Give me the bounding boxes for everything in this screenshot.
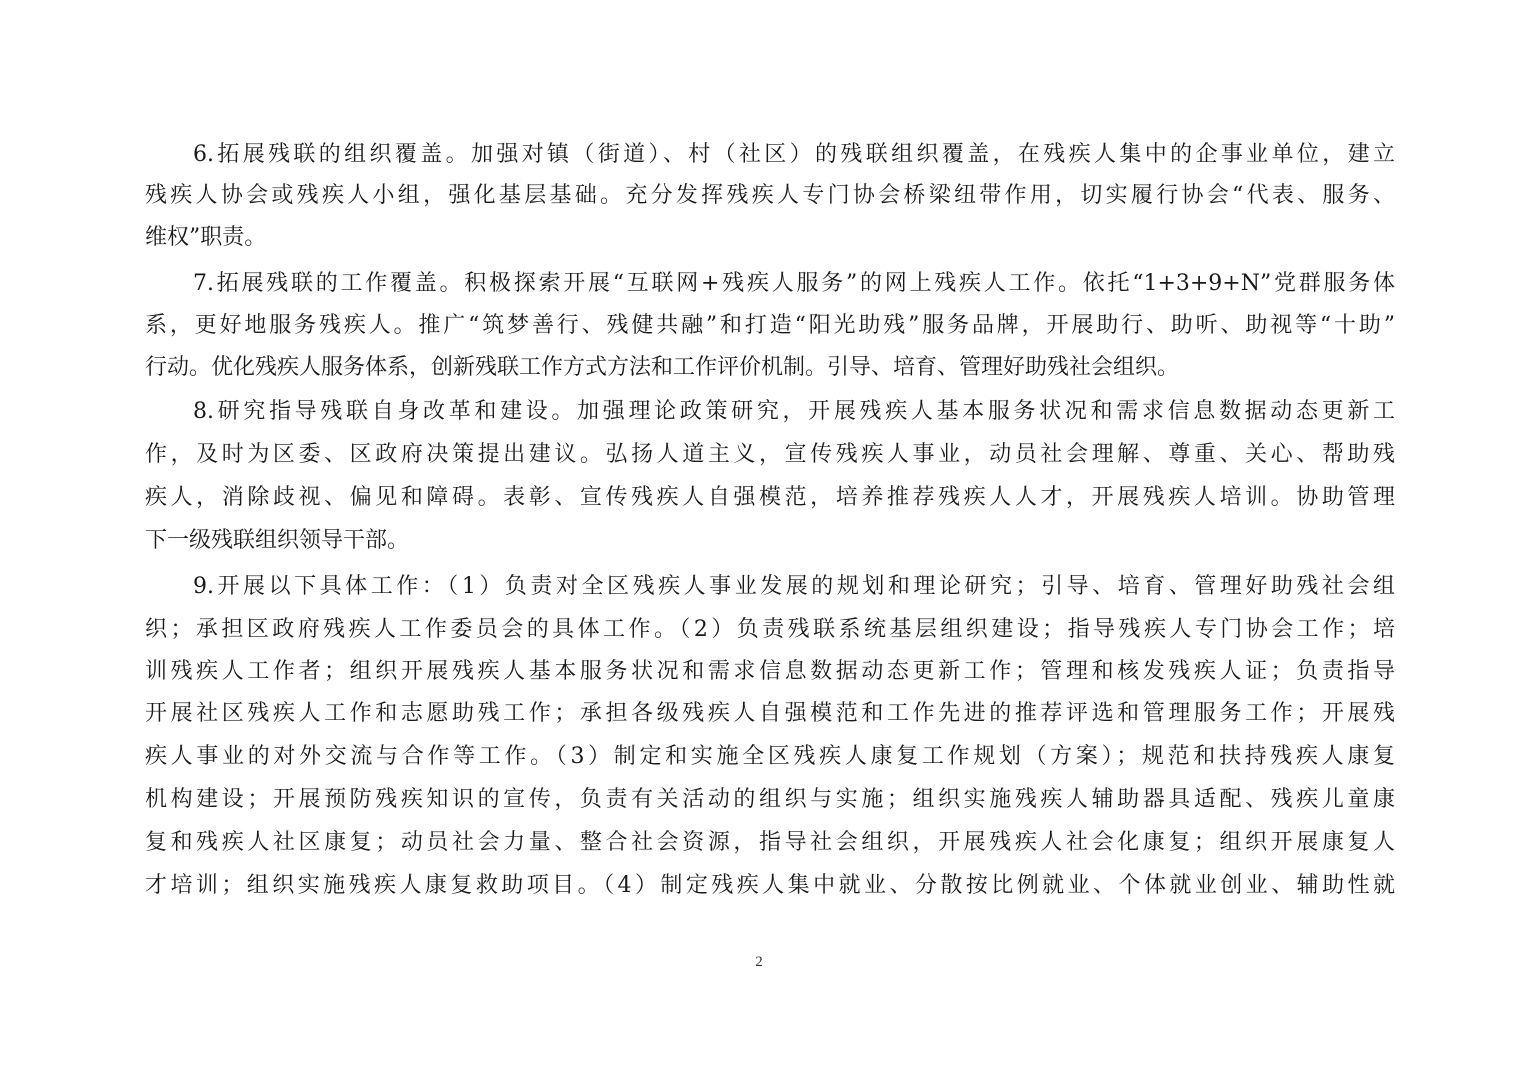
paragraph-line: 系，更好地服务残疾人。推广“筑梦善行、残健共融”和打造“阳光助残”服务品牌，开展… bbox=[145, 311, 1395, 341]
paragraph-line: 行动。优化残疾人服务体系，创新残联工作方式方法和工作评价机制。引导、培育、管理好… bbox=[145, 353, 1395, 383]
paragraph-line: 开展社区残疾人工作和志愿助残工作；承担各级残疾人自强模范和工作先进的推荐评选和管… bbox=[145, 699, 1395, 729]
paragraph-line: 机构建设；开展预防残疾知识的宣传，负责有关活动的组织与实施；组织实施残疾人辅助器… bbox=[145, 785, 1395, 815]
paragraph-line: 8.研究指导残联自身改革和建设。加强理论政策研究，开展残疾人基本服务状况和需求信… bbox=[193, 397, 1395, 427]
paragraph-line: 7.拓展残联的工作覆盖。积极探索开展“互联网+残疾人服务”的网上残疾人工作。依托… bbox=[193, 269, 1395, 299]
paragraph-line: 才培训；组织实施残疾人康复救助项目。（4）制定残疾人集中就业、分散按比例就业、个… bbox=[145, 871, 1395, 901]
paragraph-line: 训残疾人工作者；组织开展残疾人基本服务状况和需求信息数据动态更新工作；管理和核发… bbox=[145, 657, 1395, 687]
paragraph-line: 维权”职责。 bbox=[145, 223, 1395, 253]
paragraph-line: 6.拓展残联的组织覆盖。加强对镇（街道）、村（社区）的残联组织覆盖，在残疾人集中… bbox=[193, 140, 1395, 170]
paragraph-line: 9.开展以下具体工作：（1）负责对全区残疾人事业发展的规划和理论研究；引导、培育… bbox=[193, 572, 1395, 602]
paragraph-line: 疾人事业的对外交流与合作等工作。（3）制定和实施全区残疾人康复工作规划（方案）；… bbox=[145, 742, 1395, 772]
paragraph-line: 疾人，消除歧视、偏见和障碍。表彰、宣传残疾人自强模范，培养推荐残疾人人才，开展残… bbox=[145, 483, 1395, 513]
paragraph-line: 下一级残联组织领导干部。 bbox=[145, 526, 1395, 556]
paragraph-line: 复和残疾人社区康复；动员社会力量、整合社会资源，指导社会组织，开展残疾人社会化康… bbox=[145, 828, 1395, 858]
paragraph-line: 织；承担区政府残疾人工作委员会的具体工作。（2）负责残联系统基层组织建设；指导残… bbox=[145, 615, 1395, 645]
paragraph-line: 残疾人协会或残疾人小组，强化基层基础。充分发挥残疾人专门协会桥梁纽带作用，切实履… bbox=[145, 181, 1395, 211]
paragraph-line: 作，及时为区委、区政府决策提出建议。弘扬人道主义，宣传残疾人事业，动员社会理解、… bbox=[145, 440, 1395, 470]
document-page: 6.拓展残联的组织覆盖。加强对镇（街道）、村（社区）的残联组织覆盖，在残疾人集中… bbox=[0, 0, 1518, 1074]
page-number: 2 bbox=[0, 954, 1518, 971]
